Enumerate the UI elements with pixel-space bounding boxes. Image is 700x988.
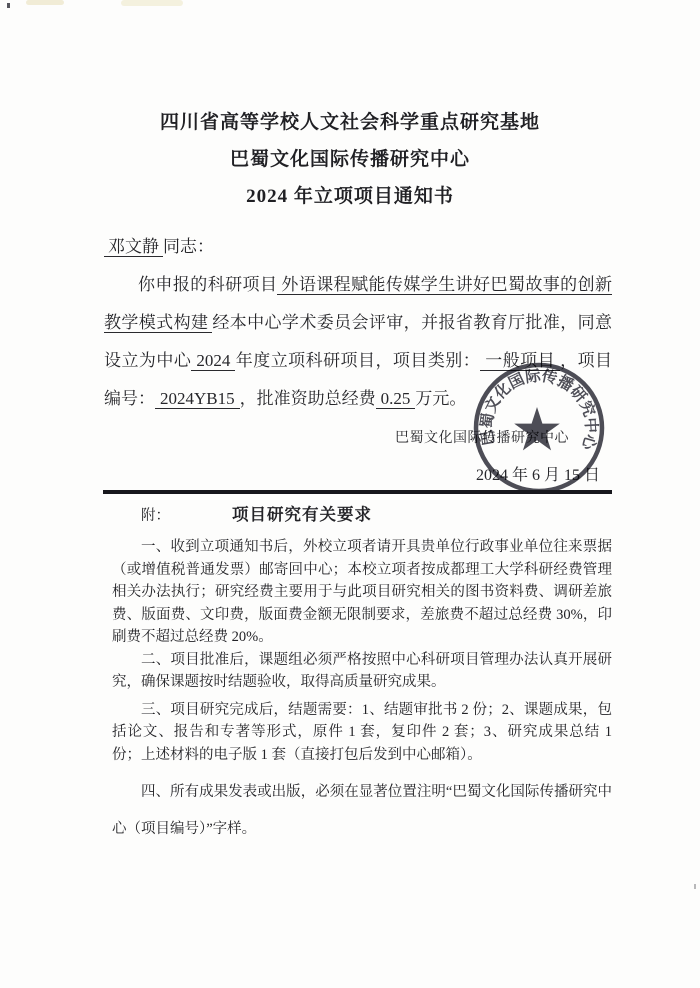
body-mid4: ，批准资助总经费: [240, 389, 376, 408]
title-line-base: 四川省高等学校人文社会科学重点研究基地: [0, 104, 700, 141]
project-number: 2024YB15: [155, 389, 240, 409]
attachment-label: 附：: [141, 508, 170, 524]
scanned-notice-page: 四川省高等学校人文社会科学重点研究基地 巴蜀文化国际传播研究中心 2024 年立…: [0, 0, 700, 988]
attachment-heading-row: 附：项目研究有关要求: [112, 503, 612, 528]
requirement-item-1: 一、收到立项通知书后，外校立项者请开具贵单位行政事业单位往来票据（或增值税普通发…: [112, 536, 612, 649]
official-seal: 巴蜀文化国际传播研究中心: [471, 360, 607, 496]
title-line-notice: 2024 年立项项目通知书: [0, 178, 700, 215]
scan-smudge: [121, 0, 183, 6]
body-end: 万元。: [415, 389, 466, 408]
attachment-section: 附：项目研究有关要求 一、收到立项通知书后，外校立项者请开具贵单位行政事业单位往…: [112, 503, 612, 848]
document-title-block: 四川省高等学校人文社会科学重点研究基地 巴蜀文化国际传播研究中心 2024 年立…: [0, 104, 700, 215]
requirement-item-2: 二、项目批准后，课题组必须严格按照中心科研项目管理办法认真开展研究，确保课题按时…: [112, 649, 612, 694]
funding-amount: 0.25: [376, 389, 416, 409]
salutation-suffix: 同志：: [163, 237, 214, 256]
scan-speck: [694, 884, 696, 889]
body-pre: 你申报的科研项目: [138, 275, 277, 294]
requirement-item-3: 三、项目研究完成后，结题需要：1、结题审批书 2 份；2、课题成果，包括论文、报…: [112, 699, 612, 767]
section-divider: [103, 490, 612, 494]
body-mid2: 年度立项科研项目，项目类别：: [235, 351, 480, 370]
salutation: 邓文静同志：: [104, 228, 612, 266]
scan-smudge: [26, 0, 64, 5]
seal-star-icon: [514, 407, 560, 450]
title-line-center: 巴蜀文化国际传播研究中心: [0, 141, 700, 178]
recipient-name: 邓文静: [104, 237, 163, 257]
project-year: 2024: [191, 351, 235, 371]
scan-speck: [7, 3, 10, 8]
attachment-title: 项目研究有关要求: [232, 505, 372, 524]
requirement-item-4: 四、所有成果发表或出版，必须在显著位置注明“巴蜀文化国际传播研究中心（项目编号）…: [112, 774, 612, 848]
